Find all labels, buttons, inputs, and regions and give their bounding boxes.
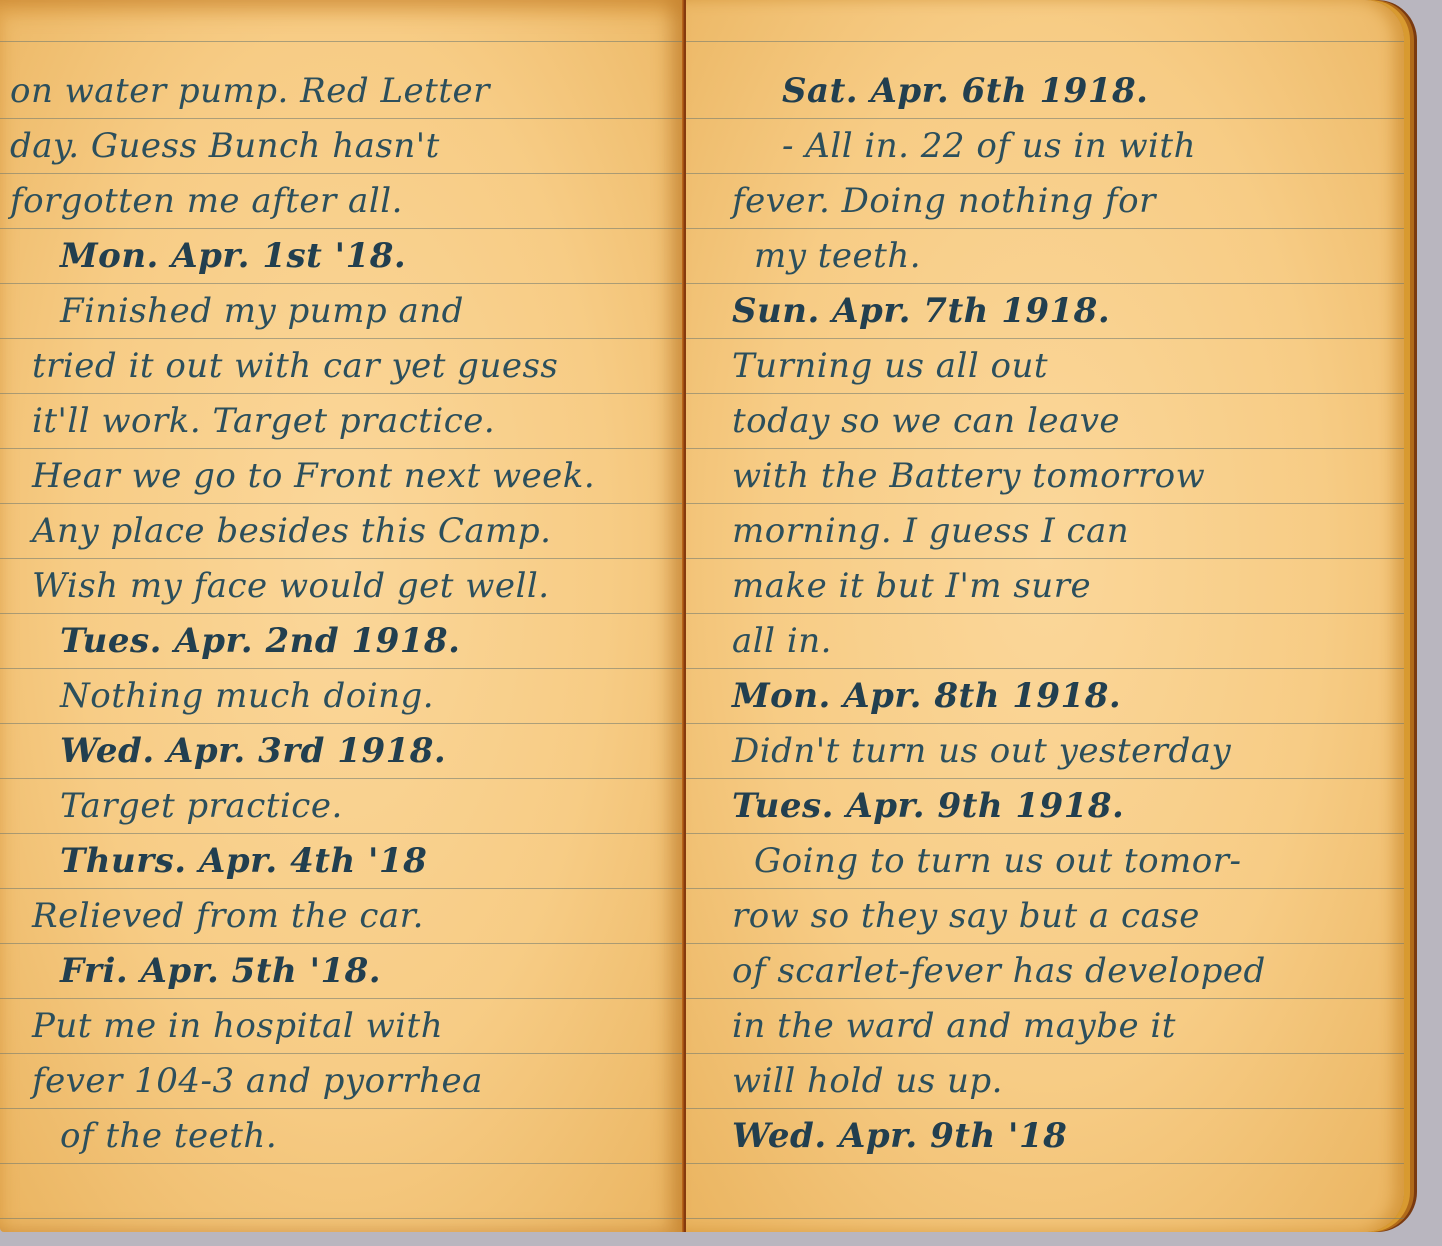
diary-line: Put me in hospital with: [10, 999, 680, 1054]
diary-line: of the teeth.: [10, 1109, 680, 1164]
diary-line: fever. Doing nothing for: [732, 174, 1382, 229]
diary-date-line: Sun. Apr. 7th 1918.: [732, 284, 1382, 339]
diary-date-line: Mon. Apr. 8th 1918.: [732, 669, 1382, 724]
diary-line: with the Battery tomorrow: [732, 449, 1382, 504]
diary-line: tried it out with car yet guess: [10, 339, 680, 394]
diary-date-line: Sat. Apr. 6th 1918.: [732, 64, 1382, 119]
diary-line: make it but I'm sure: [732, 559, 1382, 614]
diary-line: Hear we go to Front next week.: [10, 449, 680, 504]
diary-line: Didn't turn us out yesterday: [732, 724, 1382, 779]
diary-line: Finished my pump and: [10, 284, 680, 339]
diary-line: Relieved from the car.: [10, 889, 680, 944]
diary-date-line: Mon. Apr. 1st '18.: [10, 229, 680, 284]
diary-line: Target practice.: [10, 779, 680, 834]
diary-line: Wish my face would get well.: [10, 559, 680, 614]
diary-line: it'll work. Target practice.: [10, 394, 680, 449]
right-page-lines: Sat. Apr. 6th 1918. - All in. 22 of us i…: [732, 64, 1382, 1164]
diary-line: on water pump. Red Letter: [10, 64, 680, 119]
diary-line: forgotten me after all.: [10, 174, 680, 229]
diary-line: row so they say but a case: [732, 889, 1382, 944]
diary-date-line: Tues. Apr. 9th 1918.: [732, 779, 1382, 834]
left-page: on water pump. Red Letter day. Guess Bun…: [0, 0, 684, 1232]
diary-line: Going to turn us out tomor-: [732, 834, 1382, 889]
diary-date-line: Fri. Apr. 5th '18.: [10, 944, 680, 999]
diary-date-line: Thurs. Apr. 4th '18: [10, 834, 680, 889]
diary-date-line: Tues. Apr. 2nd 1918.: [10, 614, 680, 669]
right-page: Sat. Apr. 6th 1918. - All in. 22 of us i…: [686, 0, 1404, 1232]
diary-line: Any place besides this Camp.: [10, 504, 680, 559]
diary-line: morning. I guess I can: [732, 504, 1382, 559]
diary-line: fever 104-3 and pyorrhea: [10, 1054, 680, 1109]
diary-line: my teeth.: [732, 229, 1382, 284]
diary-line: today so we can leave: [732, 394, 1382, 449]
diary-line: of scarlet-fever has developed: [732, 944, 1382, 999]
diary-book: on water pump. Red Letter day. Guess Bun…: [0, 0, 1430, 1232]
diary-date-line: Wed. Apr. 3rd 1918.: [10, 724, 680, 779]
diary-line: Nothing much doing.: [10, 669, 680, 724]
diary-line: all in.: [732, 614, 1382, 669]
diary-line: will hold us up.: [732, 1054, 1382, 1109]
diary-line: day. Guess Bunch hasn't: [10, 119, 680, 174]
diary-line: Turning us all out: [732, 339, 1382, 394]
diary-line: - All in. 22 of us in with: [732, 119, 1382, 174]
left-page-lines: on water pump. Red Letter day. Guess Bun…: [10, 64, 680, 1164]
diary-line: in the ward and maybe it: [732, 999, 1382, 1054]
diary-date-line: Wed. Apr. 9th '18: [732, 1109, 1382, 1164]
